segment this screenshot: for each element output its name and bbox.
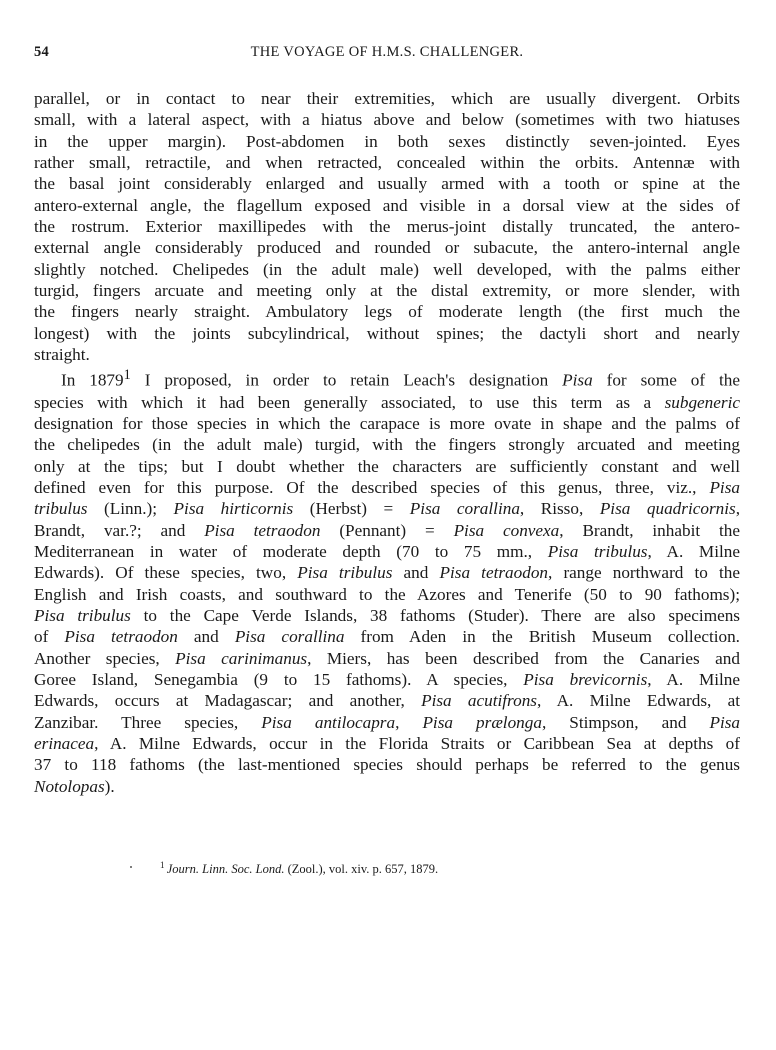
text-run: slightly notched. Chelipedes (in the adu…	[34, 260, 740, 279]
text-run: only at the tips; but I doubt whether th…	[34, 457, 740, 476]
text-line: turgid, fingers arcuate and meeting only…	[34, 280, 740, 301]
italic-taxon: Pisa corallina	[410, 499, 520, 518]
text-run: in the upper margin). Post-abdomen in bo…	[34, 132, 740, 151]
text-run: ,	[395, 713, 422, 732]
italic-taxon: erinacea	[34, 734, 94, 753]
text-run: (Pennant) =	[320, 521, 453, 540]
text-line: Edwards). Of these species, two, Pisa tr…	[34, 562, 740, 583]
text-run: ).	[105, 777, 115, 796]
text-run: Goree Island, Senegambia (9 to 15 fathom…	[34, 670, 523, 689]
text-line: in the upper margin). Post-abdomen in bo…	[34, 131, 740, 152]
italic-taxon: Notolopas	[34, 777, 105, 796]
text-run: longest) with the joints subcylindrical,…	[34, 324, 740, 343]
text-run: ,	[736, 499, 740, 518]
text-run: In 1879	[61, 371, 124, 390]
italic-taxon: subgeneric	[665, 393, 740, 412]
italic-taxon: Pisa	[709, 713, 740, 732]
text-run: Edwards, occurs at Madagascar; and anoth…	[34, 691, 421, 710]
text-line: species with which it had been generally…	[34, 392, 740, 413]
text-run: the chelipedes (in the adult male) turgi…	[34, 435, 740, 454]
text-run: 37 to 118 fathoms (the last-mentioned sp…	[34, 755, 740, 774]
text-run: Mediterranean in water of moderate depth…	[34, 542, 548, 561]
text-line: the rostrum. Exterior maxillipedes with …	[34, 216, 740, 237]
text-run: , Risso,	[520, 499, 600, 518]
text-line: Notolopas).	[34, 776, 740, 797]
italic-taxon: Pisa corallina	[235, 627, 345, 646]
text-line: antero-external angle, the flagellum exp…	[34, 195, 740, 216]
text-run: external angle considerably produced and…	[34, 238, 740, 257]
text-run: , Stimpson, and	[542, 713, 710, 732]
footnote: 1 Journ. Linn. Soc. Lond. (Zool.), vol. …	[160, 860, 438, 877]
text-run: and	[178, 627, 235, 646]
paragraph: In 18791 I proposed, in order to retain …	[34, 365, 740, 797]
text-run: of	[34, 627, 64, 646]
italic-taxon: Pisa tetraodon	[64, 627, 177, 646]
text-line: of Pisa tetraodon and Pisa corallina fro…	[34, 626, 740, 647]
running-head: 54 THE VOYAGE OF H.M.S. CHALLENGER.	[34, 44, 740, 66]
text-line: defined even for this purpose. Of the de…	[34, 477, 740, 498]
text-run: straight.	[34, 345, 90, 364]
text-run: the fingers nearly straight. Ambulatory …	[34, 302, 740, 321]
text-line: designation for those species in which t…	[34, 413, 740, 434]
running-title: THE VOYAGE OF H.M.S. CHALLENGER.	[34, 44, 740, 61]
text-run: species with which it had been generally…	[34, 393, 665, 412]
text-run: to the Cape Verde Islands, 38 fathoms (S…	[131, 606, 740, 625]
italic-taxon: Pisa tribulus	[34, 606, 131, 625]
text-line: 37 to 118 fathoms (the last-mentioned sp…	[34, 754, 740, 775]
text-run: Zanzibar. Three species,	[34, 713, 261, 732]
italic-taxon: Pisa tribulus	[548, 542, 648, 561]
text-run: (Linn.);	[87, 499, 173, 518]
footnote-marker: 1	[124, 367, 131, 383]
text-run: for some of the	[593, 371, 740, 390]
text-line: In 18791 I proposed, in order to retain …	[34, 365, 740, 391]
text-run: , A. Milne Edwards, at	[537, 691, 740, 710]
text-run: (Herbst) =	[293, 499, 410, 518]
italic-taxon: Pisa tribulus	[297, 563, 392, 582]
text-run: Edwards). Of these species, two,	[34, 563, 297, 582]
italic-taxon: Pisa tetraodon	[204, 521, 320, 540]
text-line: only at the tips; but I doubt whether th…	[34, 456, 740, 477]
footnote-marker: 1	[160, 860, 167, 870]
text-line: straight.	[34, 344, 740, 365]
italic-taxon: Pisa	[709, 478, 740, 497]
text-line: slightly notched. Chelipedes (in the adu…	[34, 259, 740, 280]
italic-taxon: Pisa tetraodon	[440, 563, 549, 582]
text-run: and	[392, 563, 439, 582]
text-line: longest) with the joints subcylindrical,…	[34, 323, 740, 344]
text-run: from Aden in the British Museum collecti…	[344, 627, 740, 646]
italic-taxon: Pisa carinimanus	[175, 649, 307, 668]
italic-taxon: Pisa brevicornis	[523, 670, 647, 689]
text-line: Mediterranean in water of moderate depth…	[34, 541, 740, 562]
text-run: , Brandt, inhabit the	[559, 521, 740, 540]
text-run: , range northward to the	[548, 563, 740, 582]
text-line: Edwards, occurs at Madagascar; and anoth…	[34, 690, 740, 711]
text-line: tribulus (Linn.); Pisa hirticornis (Herb…	[34, 498, 740, 519]
text-line: the basal joint considerably enlarged an…	[34, 173, 740, 194]
text-run: rather small, retractile, and when retra…	[34, 153, 740, 172]
text-run: small, with a lateral aspect, with a hia…	[34, 110, 740, 129]
text-run: turgid, fingers arcuate and meeting only…	[34, 281, 740, 300]
text-run: defined even for this purpose. Of the de…	[34, 478, 709, 497]
text-run: Another species,	[34, 649, 175, 668]
text-line: Another species, Pisa carinimanus, Miers…	[34, 648, 740, 669]
text-line: rather small, retractile, and when retra…	[34, 152, 740, 173]
text-run: , Miers, has been described from the Can…	[307, 649, 740, 668]
text-run: English and Irish coasts, and southward …	[34, 585, 740, 604]
body-text: parallel, or in contact to near their ex…	[34, 88, 740, 797]
text-run: , A. Milne	[647, 670, 740, 689]
text-run: antero-external angle, the flagellum exp…	[34, 196, 740, 215]
paragraph: parallel, or in contact to near their ex…	[34, 88, 740, 365]
italic-taxon: tribulus	[34, 499, 87, 518]
italic-taxon: Journ. Linn. Soc. Lond.	[167, 862, 285, 876]
text-line: the chelipedes (in the adult male) turgi…	[34, 434, 740, 455]
text-line: the fingers nearly straight. Ambulatory …	[34, 301, 740, 322]
italic-taxon: Pisa convexa	[454, 521, 560, 540]
text-line: Goree Island, Senegambia (9 to 15 fathom…	[34, 669, 740, 690]
text-run: parallel, or in contact to near their ex…	[34, 89, 740, 108]
italic-taxon: Pisa hirticornis	[174, 499, 294, 518]
text-line: erinacea, A. Milne Edwards, occur in the…	[34, 733, 740, 754]
italic-taxon: Pisa antilocapra	[261, 713, 395, 732]
text-run: the rostrum. Exterior maxillipedes with …	[34, 217, 740, 236]
text-line: Zanzibar. Three species, Pisa antilocapr…	[34, 712, 740, 733]
text-run: designation for those species in which t…	[34, 414, 740, 433]
italic-taxon: Pisa acutifrons	[421, 691, 537, 710]
text-run: I proposed, in order to retain Leach's d…	[131, 371, 562, 390]
text-line: English and Irish coasts, and southward …	[34, 584, 740, 605]
italic-taxon: Pisa	[562, 371, 593, 390]
text-line: Brandt, var.?; and Pisa tetraodon (Penna…	[34, 520, 740, 541]
text-run: the basal joint considerably enlarged an…	[34, 174, 740, 193]
print-speck	[130, 866, 132, 868]
text-run: (Zool.), vol. xiv. p. 657, 1879.	[284, 862, 438, 876]
text-run: , A. Milne Edwards, occur in the Florida…	[94, 734, 740, 753]
text-line: Pisa tribulus to the Cape Verde Islands,…	[34, 605, 740, 626]
text-run: Brandt, var.?; and	[34, 521, 204, 540]
text-line: parallel, or in contact to near their ex…	[34, 88, 740, 109]
text-line: external angle considerably produced and…	[34, 237, 740, 258]
italic-taxon: Pisa quadricornis	[600, 499, 736, 518]
italic-taxon: Pisa prælonga	[422, 713, 542, 732]
text-line: small, with a lateral aspect, with a hia…	[34, 109, 740, 130]
text-run: , A. Milne	[648, 542, 740, 561]
